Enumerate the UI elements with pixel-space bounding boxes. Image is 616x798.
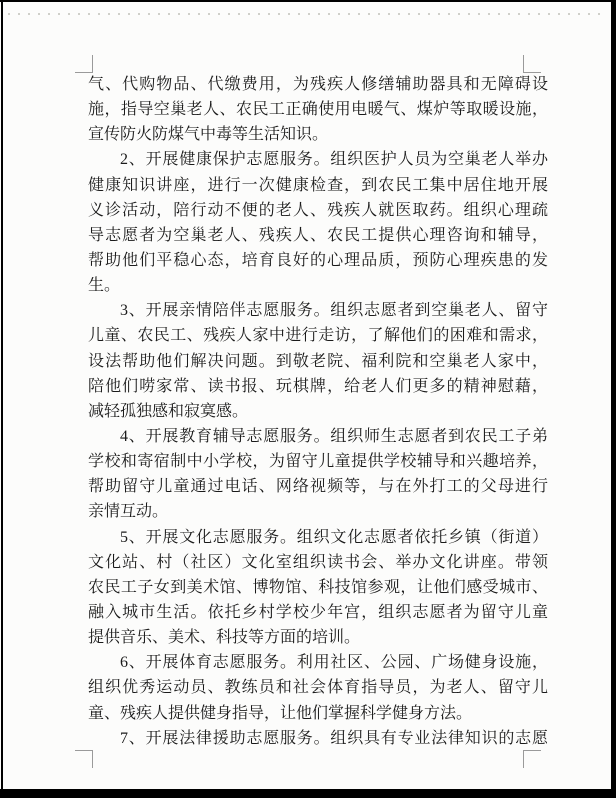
text-block: 气、代购物品、代缴费用，为残疾人修缮辅助器具和无障碍设施，指导空巢老人、农民工正… bbox=[88, 72, 548, 751]
text-line: 陪他们唠家常、读书报、玩棋牌，给老人们更多的精神慰藉， bbox=[88, 374, 548, 399]
text-line: 气、代购物品、代缴费用，为残疾人修缮辅助器具和无障碍设 bbox=[88, 72, 548, 97]
text-line: 宣传防火防煤气中毒等生活知识。 bbox=[88, 122, 548, 147]
margin-mark-top-right bbox=[523, 55, 541, 73]
page-edge-bottom bbox=[0, 789, 616, 798]
text-line: 组织优秀运动员、教练员和社会体育指导员，为老人、留守儿 bbox=[88, 675, 548, 700]
text-line: 健康知识讲座，进行一次健康检查，到农民工集中居住地开展 bbox=[88, 173, 548, 198]
text-line: 童、残疾人提供健身指导，让他们掌握科学健身方法。 bbox=[88, 701, 548, 726]
text-line: 文化站、村（社区）文化室组织读书会、举办文化讲座。带领 bbox=[88, 550, 548, 575]
text-line: 7、开展法律援助志愿服务。组织具有专业法律知识的志愿 bbox=[88, 726, 548, 751]
text-line: 学校和寄宿制中小学校，为留守儿童提供学校辅导和兴趣培养， bbox=[88, 449, 548, 474]
text-line: 亲情互动。 bbox=[88, 499, 548, 524]
margin-mark-top-left bbox=[75, 55, 93, 73]
text-line: 生。 bbox=[88, 273, 548, 298]
text-line: 3、开展亲情陪伴志愿服务。组织志愿者到空巢老人、留守 bbox=[88, 298, 548, 323]
text-line: 融入城市生活。依托乡村学校少年宫，组织志愿者为留守儿童 bbox=[88, 600, 548, 625]
page-edge-right bbox=[611, 0, 616, 798]
text-line: 6、开展体育志愿服务。利用社区、公园、广场健身设施， bbox=[88, 650, 548, 675]
text-line: 2、开展健康保护志愿服务。组织医护人员为空巢老人举办 bbox=[88, 147, 548, 172]
document-page: 气、代购物品、代缴费用，为残疾人修缮辅助器具和无障碍设施，指导空巢老人、农民工正… bbox=[0, 0, 616, 798]
margin-mark-bottom-left bbox=[75, 750, 93, 768]
text-line: 农民工子女到美术馆、博物馆、科技馆参观，让他们感受城市、 bbox=[88, 575, 548, 600]
text-line: 义诊活动，陪行动不便的老人、残疾人就医取药。组织心理疏 bbox=[88, 198, 548, 223]
text-line: 儿童、农民工、残疾人家中进行走访，了解他们的困难和需求， bbox=[88, 323, 548, 348]
text-line: 设法帮助他们解决问题。到敬老院、福利院和空巢老人家中， bbox=[88, 349, 548, 374]
text-line: 帮助他们平稳心态，培育良好的心理品质，预防心理疾患的发 bbox=[88, 248, 548, 273]
dotted-artifact-line bbox=[8, 13, 608, 15]
text-line: 4、开展教育辅导志愿服务。组织师生志愿者到农民工子弟 bbox=[88, 424, 548, 449]
text-line: 帮助留守儿童通过电话、网络视频等，与在外打工的父母进行 bbox=[88, 474, 548, 499]
text-line: 导志愿者为空巢老人、残疾人、农民工提供心理咨询和辅导， bbox=[88, 223, 548, 248]
text-line: 施，指导空巢老人、农民工正确使用电暖气、煤炉等取暖设施， bbox=[88, 97, 548, 122]
text-line: 5、开展文化志愿服务。组织文化志愿者依托乡镇（街道） bbox=[88, 525, 548, 550]
page-edge-left bbox=[1, 0, 3, 798]
text-line: 提供音乐、美术、科技等方面的培训。 bbox=[88, 625, 548, 650]
page-edge-top bbox=[0, 0, 616, 2]
text-line: 减轻孤独感和寂寞感。 bbox=[88, 399, 548, 424]
margin-mark-bottom-right bbox=[523, 750, 541, 768]
